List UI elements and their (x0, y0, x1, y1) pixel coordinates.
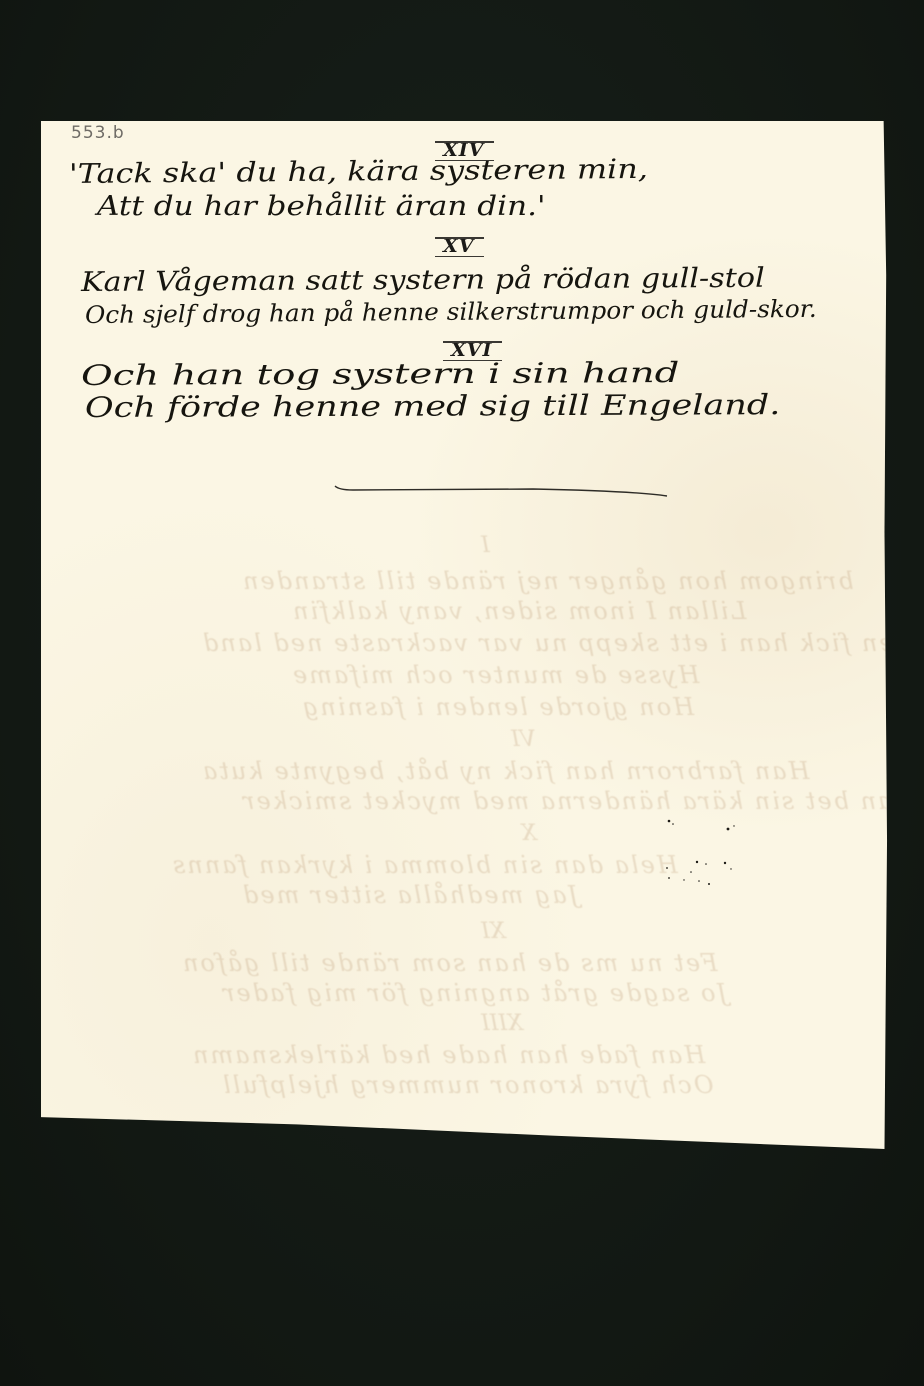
bleed-through-line: Han bet sin kära händerna med mycket smi… (241, 787, 915, 815)
bleed-through-numeral: XI (481, 919, 505, 944)
stanza-xv-line-1: Karl Vågeman satt systern på rödan gull-… (81, 263, 765, 298)
stanza-number-xv: XV (443, 235, 474, 257)
bleed-through-numeral: X (521, 821, 537, 846)
bleed-through-line: Fet nu ms de han som rände till gåfon (181, 949, 717, 977)
bleed-through-line: Han farbrorn han fick ny båt, begynte ku… (201, 757, 809, 785)
stanza-xvi-line-2: Och förde henne med sig till Engeland. (85, 388, 781, 424)
bleed-through-line: den fick han i ett skepp nu var vackrast… (201, 629, 911, 657)
stanza-xiv-line-2: Att du har behållit äran din.' (97, 191, 546, 222)
bleed-through-line: Lillan I inom siden, vany kalkfin (291, 597, 746, 625)
bleed-through-line: Han fade han hade hed kärleksnamn (191, 1041, 705, 1069)
bleed-through-line: Jo sagde gråt angning för mig fader (221, 979, 727, 1007)
stanza-xv-line-2: Och sjelf drog han på henne silkerstrump… (85, 295, 817, 329)
archive-mark: 553.b (71, 123, 125, 143)
stanza-xiv-line-1: 'Tack ska' du ha, kära systeren min, (69, 154, 648, 190)
bleed-through-numeral: I (481, 533, 490, 558)
ink-specks (621, 806, 741, 916)
bleed-through-numeral: VI (511, 727, 536, 752)
bleed-through-line: bringom hon gånger nej rände till strand… (241, 567, 854, 595)
bleed-through-line: Och fyra kronor nummerg hjelpfull (221, 1071, 713, 1099)
manuscript-page: 553.b XIV 'Tack ska' du ha, kära systere… (41, 121, 893, 1149)
bleed-through-line: Hela dan sin blomma i kyrkan fanns (171, 851, 678, 879)
stanza-xvi-line-1: Och han tog systern i sin hand (81, 356, 680, 392)
ink-divider-line (333, 483, 671, 497)
bleed-through-line: Hysse de munter och mifame (291, 661, 699, 689)
bleed-through-line: Hon gjorde lenden i fasning (301, 693, 694, 721)
bleed-through-line: Jag medhålla sitter med (241, 881, 578, 909)
bleed-through-numeral: XIII (481, 1011, 523, 1036)
